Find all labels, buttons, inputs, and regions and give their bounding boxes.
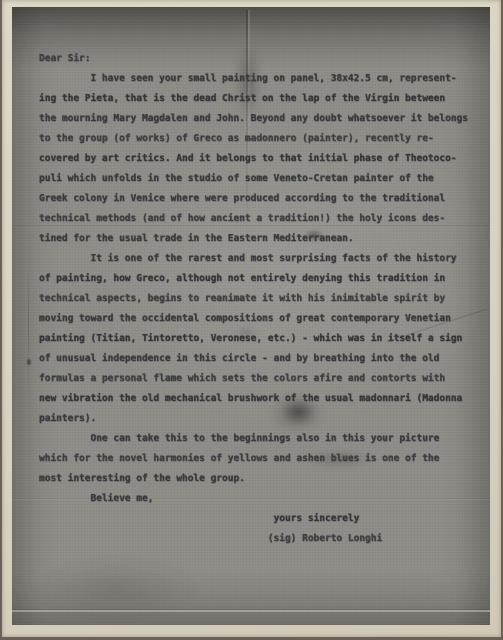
closing: Believe me, [39, 489, 479, 509]
letter-photograph: Dear Sir: I have seen your small paintin… [0, 0, 503, 640]
photo-border: Dear Sir: I have seen your small paintin… [2, 0, 501, 637]
letter-paper: Dear Sir: I have seen your small paintin… [12, 7, 490, 625]
body-line: It is one of the rarest and most surpris… [39, 249, 479, 269]
horizontal-fold-line-bottom [12, 610, 490, 612]
body-line: technical methods (and of how ancient a … [39, 209, 479, 229]
left-margin-crease [28, 265, 29, 400]
salutation: Dear Sir: [39, 49, 479, 69]
body-line: moving toward the occidental composition… [39, 309, 479, 329]
ink-dot [27, 359, 31, 365]
body-line: technical aspects, begins to reanimate i… [39, 289, 479, 309]
body-line: One can take this to the beginnings also… [39, 429, 479, 449]
signature: (sig) Roberto Longhi [39, 529, 479, 549]
body-line: painters). [39, 409, 479, 429]
body-line: of unusual independence in this circle -… [39, 349, 479, 369]
body-line: formulas a personal flame which sets the… [39, 369, 479, 389]
body-line: puli which unfolds in the studio of some… [39, 169, 479, 189]
body-line: Greek colony in Venice where were produc… [39, 189, 479, 209]
body-line: painting (Titian, Tintoretto, Veronese, … [39, 329, 479, 349]
body-line: the mourning Mary Magdalen and John. Bey… [39, 109, 479, 129]
letter-body: Dear Sir: I have seen your small paintin… [39, 49, 479, 549]
body-line: to the group (of works) of Greco as mado… [39, 129, 479, 149]
body-line: ing the Pieta, that is the dead Christ o… [39, 89, 479, 109]
body-line: I have seen your small painting on panel… [39, 69, 479, 89]
body-line: most interesting of the whole group. [39, 469, 479, 489]
body-line: of painting, how Greco, although not ent… [39, 269, 479, 289]
body-line: tined for the usual trade in the Eastern… [39, 229, 479, 249]
body-line: covered by art critics. And it belongs t… [39, 149, 479, 169]
body-line: which for the novel harmonies of yellows… [39, 449, 479, 469]
signoff: yours sincerely [39, 509, 479, 529]
paper-patch [27, 547, 227, 622]
body-line: new vibration the old mechanical brushwo… [39, 389, 479, 409]
